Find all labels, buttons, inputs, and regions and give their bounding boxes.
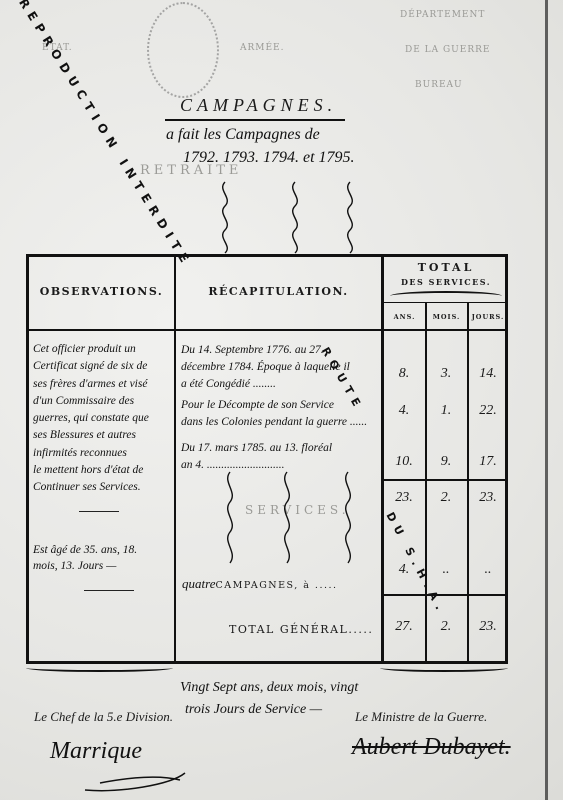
recapitulation-header: RÉCAPITULATION. bbox=[176, 257, 381, 331]
recap-line: décembre 1784. Époque à laquelle il bbox=[181, 359, 381, 376]
signature-flourish-icon bbox=[80, 765, 190, 795]
observation-line: d'un Commissaire des bbox=[33, 393, 171, 410]
recap-line: dans les Colonies pendant la guerre ....… bbox=[181, 414, 381, 431]
squiggle-mark-icon bbox=[215, 180, 235, 255]
total-subtitle: DES SERVICES. bbox=[384, 277, 508, 287]
campaigns-count-hand: quatre bbox=[182, 576, 215, 591]
official-seal bbox=[147, 2, 219, 98]
recap-line: an 4. ........................... bbox=[181, 457, 381, 474]
total-jours: 23. bbox=[468, 619, 508, 635]
row1-ans: 8. bbox=[384, 366, 424, 382]
subtotal-jours: 23. bbox=[468, 490, 508, 506]
observation-line: ses frères d'armes et visé bbox=[33, 376, 171, 393]
squiggle-mark-icon bbox=[340, 180, 360, 255]
separator-rule bbox=[84, 590, 134, 591]
age-line: Est âgé de 35. ans, 18. bbox=[33, 542, 171, 558]
total-divider bbox=[384, 594, 508, 596]
scanned-document: ÉTAT. ARMÉE. DÉPARTEMENT DE LA GUERRE BU… bbox=[0, 0, 563, 800]
ministre-guerre-label: Le Ministre de la Guerre. bbox=[355, 709, 487, 725]
bottom-brace-left bbox=[26, 664, 173, 672]
ghost-guerre: DE LA GUERRE bbox=[405, 45, 490, 55]
observation-line: guerres, qui constate que bbox=[33, 410, 171, 427]
campaigns-mois: .. bbox=[426, 562, 466, 578]
row2-ans: 4. bbox=[384, 403, 424, 419]
observation-line: Continuer ses Services. bbox=[33, 479, 171, 496]
observation-line: Certificat signé de six de bbox=[33, 358, 171, 375]
recap-line: Du 17. mars 1785. au 13. floréal bbox=[181, 440, 381, 457]
squiggle-mark-icon bbox=[285, 180, 305, 255]
bottom-brace-right bbox=[380, 664, 508, 672]
campaigns-jours: .. bbox=[468, 562, 508, 578]
header-brace bbox=[390, 291, 502, 301]
total-subheaders: ANS. MOIS. JOURS. bbox=[384, 302, 508, 330]
campaigns-line-2: 1792. 1793. 1794. et 1795. bbox=[183, 149, 355, 167]
ghost-bureau: BUREAU bbox=[415, 80, 463, 90]
ghost-header-mid: ARMÉE. bbox=[240, 43, 285, 53]
ghost-department: DÉPARTEMENT bbox=[400, 10, 485, 20]
recap-row-3: Du 17. mars 1785. au 13. floréal an 4. .… bbox=[181, 440, 381, 474]
chef-division-signature: Marrique bbox=[50, 738, 142, 765]
row3-ans: 10. bbox=[384, 454, 424, 470]
age-text: Est âgé de 35. ans, 18. mois, 13. Jours … bbox=[33, 542, 171, 574]
total-mois: 2. bbox=[426, 619, 466, 635]
total-ans: 27. bbox=[384, 619, 424, 635]
jours-header: JOURS. bbox=[468, 303, 508, 330]
total-general-label: TOTAL GÉNÉRAL..... bbox=[229, 623, 373, 636]
row2-jours: 22. bbox=[468, 403, 508, 419]
recap-line: Du 14. Septembre 1776. au 27. bbox=[181, 342, 381, 359]
total-services-header: TOTAL DES SERVICES. ANS. MOIS. JOURS. bbox=[384, 257, 508, 331]
row2-mois: 1. bbox=[426, 403, 466, 419]
page-title: CAMPAGNES. bbox=[180, 95, 337, 116]
column-divider bbox=[425, 302, 427, 662]
campaigns-label: CAMPAGNES, à ..... bbox=[215, 580, 337, 591]
subtotal-mois: 2. bbox=[426, 490, 466, 506]
subtotal-ans: 23. bbox=[384, 490, 424, 506]
chef-division-label: Le Chef de la 5.e Division. bbox=[34, 709, 173, 725]
column-divider bbox=[467, 302, 469, 662]
row1-jours: 14. bbox=[468, 366, 508, 382]
separator-rule bbox=[79, 511, 119, 512]
campaigns-line-1: a fait les Campagnes de bbox=[166, 126, 320, 144]
row3-mois: 9. bbox=[426, 454, 466, 470]
summary-line-2: trois Jours de Service — bbox=[185, 702, 322, 718]
mois-header: MOIS. bbox=[426, 303, 467, 330]
title-underline bbox=[165, 119, 345, 121]
observation-line: ses Blessures et autres bbox=[33, 427, 171, 444]
campaigns-row-label: quatreCAMPAGNES, à ..... bbox=[182, 573, 338, 592]
total-title: TOTAL bbox=[384, 261, 508, 274]
observation-line: le mettent hors d'état de bbox=[33, 462, 171, 479]
age-line: mois, 13. Jours — bbox=[33, 558, 171, 574]
observation-line: infirmités reconnues bbox=[33, 445, 171, 462]
recapitulation-header-label: RÉCAPITULATION. bbox=[176, 285, 381, 298]
observation-line: Cet officier produit un bbox=[33, 341, 171, 358]
observations-header: OBSERVATIONS. bbox=[29, 257, 174, 331]
subtotal-divider bbox=[384, 479, 508, 481]
total-services-column: TOTAL DES SERVICES. ANS. MOIS. JOURS. 8.… bbox=[381, 257, 508, 661]
page-edge bbox=[545, 0, 548, 800]
row1-mois: 3. bbox=[426, 366, 466, 382]
observations-header-label: OBSERVATIONS. bbox=[29, 285, 174, 298]
summary-line-1: Vingt Sept ans, deux mois, vingt bbox=[180, 680, 358, 696]
observations-text: Cet officier produit un Certificat signé… bbox=[33, 341, 171, 497]
ans-header: ANS. bbox=[384, 303, 425, 330]
row3-jours: 17. bbox=[468, 454, 508, 470]
ministre-signature: Aubert Dubayet. bbox=[352, 734, 511, 761]
